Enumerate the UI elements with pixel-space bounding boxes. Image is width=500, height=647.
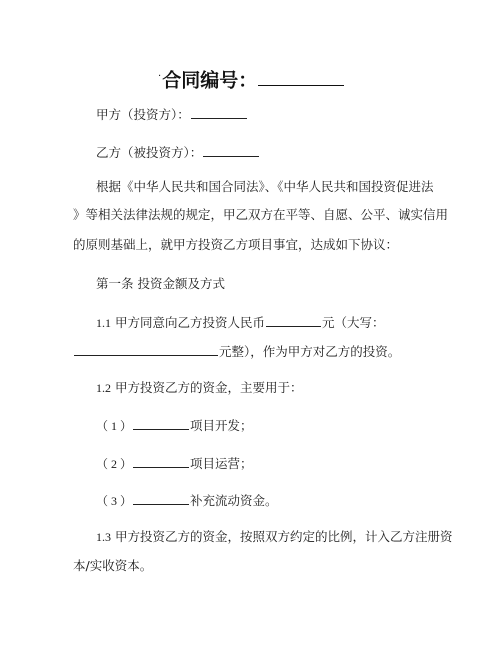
use-item-3-text: 补充流动资金。: [190, 493, 278, 508]
use-item-3-blank[interactable]: [133, 492, 189, 505]
party-b-line: 乙方（被投资方）：: [96, 144, 260, 161]
use-item-2-blank[interactable]: [133, 455, 189, 468]
clause-1-1-line-1: 1.1 甲方同意向乙方投资人民币元（大写：: [96, 314, 385, 331]
use-item-2-text: 项目运营；: [190, 456, 253, 471]
party-a-label: 甲方（投资方）：: [96, 107, 190, 122]
article-1-heading: 第一条 投资金额及方式: [96, 276, 225, 292]
investment-amount-blank[interactable]: [266, 314, 321, 327]
use-item-1: （ 1 ）项目开发；: [96, 417, 253, 434]
party-b-label: 乙方（被投资方）：: [96, 145, 202, 160]
clause-1-1-number: 1.1: [96, 316, 111, 330]
title-mark: ·: [158, 71, 161, 82]
clause-1-3-line-2: 本/实收资本。: [73, 558, 152, 574]
amount-in-words-blank[interactable]: [74, 343, 218, 356]
clause-1-3-number: 1.3: [96, 530, 111, 544]
clause-1-2-line: 1.2 甲方投资乙方的资金，主要用于：: [96, 380, 302, 396]
preamble-line-2: 》等相关法律法规的规定，甲乙双方在平等、自愿、公平、诚实信用: [73, 207, 448, 223]
preamble-line-3: 的原则基础上，就甲方投资乙方项目事宜，达成如下协议：: [73, 237, 398, 253]
clause-1-2-text: 甲方投资乙方的资金，主要用于：: [111, 380, 302, 395]
use-item-1-number: （ 1 ）: [96, 419, 132, 433]
clause-1-3-text: 甲方投资乙方的资金，按照双方约定的比例，计入乙方注册资: [111, 529, 452, 544]
use-item-2-number: （ 2 ）: [96, 457, 132, 471]
clause-1-2-number: 1.2: [96, 381, 111, 395]
contract-number-blank[interactable]: [258, 67, 344, 86]
clause-1-1-text-after: 元（大写：: [322, 315, 385, 330]
clause-1-1-line-2: 元整），作为甲方对乙方的投资。: [73, 343, 400, 360]
use-item-2: （ 2 ）项目运营；: [96, 455, 253, 472]
party-a-blank[interactable]: [191, 106, 247, 119]
use-item-3-number: （ 3 ）: [96, 494, 132, 508]
preamble-line-1: 根据《中华人民共和国合同法》、《中华人民共和国投资促进法: [96, 179, 434, 195]
contract-number-title: ·合同编号：: [158, 64, 345, 93]
clause-1-1-text-before: 甲方同意向乙方投资人民币: [111, 315, 265, 330]
contract-number-label: 合同编号：: [162, 69, 257, 91]
party-a-line: 甲方（投资方）：: [96, 106, 248, 123]
use-item-1-blank[interactable]: [133, 417, 189, 430]
clause-1-3-line-1: 1.3 甲方投资乙方的资金，按照双方约定的比例，计入乙方注册资: [96, 529, 452, 545]
use-item-1-text: 项目开发；: [190, 418, 253, 433]
clause-1-1-line-2-text: 元整），作为甲方对乙方的投资。: [219, 344, 400, 359]
party-b-blank[interactable]: [203, 144, 259, 157]
use-item-3: （ 3 ）补充流动资金。: [96, 492, 278, 509]
